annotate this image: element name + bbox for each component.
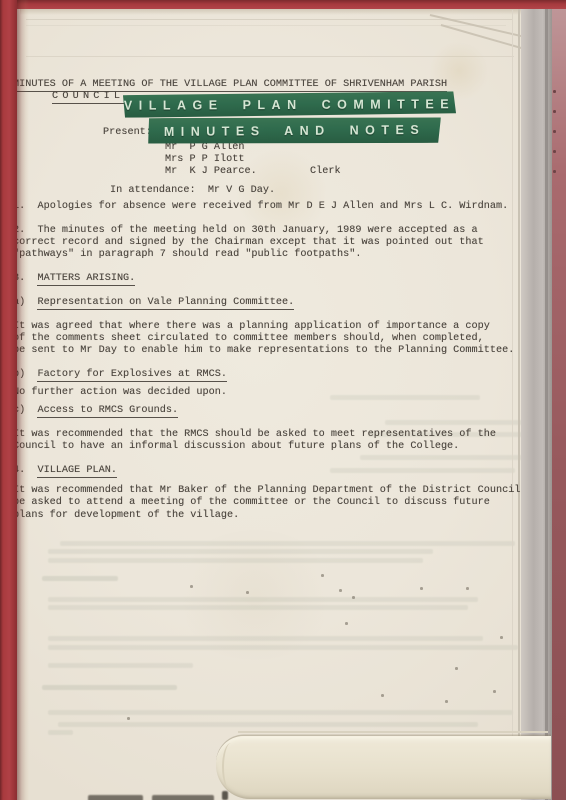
sheet-edge-line (238, 731, 548, 733)
paper-speck (493, 690, 496, 693)
ghost-text-smudge (42, 685, 177, 690)
typed-line: of the comments sheet circulated to comm… (13, 333, 553, 345)
label-tape-strip-1: VILLAGE PLAN COMMITTEE (123, 91, 456, 117)
page-title-line2-wrap: COUNCIL (52, 91, 124, 103)
tape-text-2: MINUTES AND NOTES (164, 122, 425, 138)
binder-spine (0, 0, 17, 800)
typed-line: plans for development of the village. (13, 510, 553, 522)
paper-speck (352, 596, 355, 599)
body-text: "pathways" in paragraph 7 should read "p… (13, 249, 361, 260)
typed-line: be sent to Mr Day to enable him to make … (13, 345, 553, 357)
body-text: No further action was decided upon. (13, 387, 227, 398)
ghost-text-smudge (48, 636, 483, 641)
section-heading: MATTERS ARISING. (37, 273, 135, 286)
sheet-edge-line (26, 25, 506, 26)
binder-dot (553, 90, 556, 93)
paper-speck (190, 585, 193, 588)
paper-speck (345, 622, 348, 625)
binder-right-edge (552, 0, 566, 800)
ghost-text-smudge (60, 541, 515, 546)
binder-top-edge (0, 0, 566, 9)
attendee-name: Mrs P P Ilott (165, 154, 244, 166)
ghost-text-smudge (48, 710, 513, 715)
typed-line: 4. VILLAGE PLAN. (13, 465, 553, 477)
cutoff-text-mark (152, 795, 214, 800)
ghost-text-smudge (48, 645, 518, 650)
binder-dot (553, 170, 556, 173)
page-title-line1: MINUTES OF A MEETING OF THE VILLAGE PLAN… (13, 79, 447, 92)
ghost-text-smudge (48, 605, 468, 610)
label-tape-strip-2: MINUTES AND NOTES (148, 116, 441, 145)
slip-curl-line (222, 743, 240, 791)
typed-line: c) Access to RMCS Grounds. (13, 405, 553, 417)
paper-speck (127, 717, 130, 720)
present-label: Present: (103, 127, 152, 139)
section-heading: Access to RMCS Grounds. (37, 405, 178, 418)
typed-line: correct record and signed by the Chairma… (13, 237, 553, 249)
paper-speck (455, 667, 458, 670)
paper-speck (246, 591, 249, 594)
page-title-line2: COUNCIL (52, 91, 124, 104)
paper-speck (339, 589, 342, 592)
ghost-text-smudge (48, 730, 73, 735)
body-text: plans for development of the village. (13, 510, 239, 521)
body-text: Apologies for absence were received from… (37, 201, 508, 212)
page-top-shadow (20, 9, 546, 15)
ghost-text-smudge (48, 558, 423, 563)
body-text: It was recommended that the RMCS should … (13, 429, 496, 440)
typed-line: It was agreed that where there was a pla… (13, 321, 553, 333)
binder-dot (553, 130, 556, 133)
protruding-paper-slip (216, 736, 551, 799)
page-title: MINUTES OF A MEETING OF THE VILLAGE PLAN… (13, 79, 447, 91)
typed-line: 3. MATTERS ARISING. (13, 273, 553, 285)
typed-line: No further action was decided upon. (13, 387, 553, 399)
cutoff-text-mark (88, 795, 143, 800)
body-text: The minutes of the meeting held on 30th … (37, 225, 477, 236)
section-heading: Representation on Vale Planning Committe… (37, 297, 294, 310)
sheet-edge-line (26, 19, 512, 20)
paper-speck (321, 574, 324, 577)
section-heading: Factory for Explosives at RMCS. (37, 369, 227, 382)
body-text: Council to have an informal discussion a… (13, 441, 459, 452)
body-text: correct record and signed by the Chairma… (13, 237, 484, 248)
typed-line: a) Representation on Vale Planning Commi… (13, 297, 553, 309)
body-text: be sent to Mr Day to enable him to make … (13, 345, 514, 356)
typed-line: "pathways" in paragraph 7 should read "p… (13, 249, 553, 261)
scanned-document-photo: MINUTES OF A MEETING OF THE VILLAGE PLAN… (0, 0, 566, 800)
ghost-text-smudge (48, 663, 193, 668)
body-text: It was recommended that Mr Baker of the … (13, 485, 520, 496)
typed-body: 1. Apologies for absence were received f… (13, 201, 553, 522)
typed-line: It was recommended that the RMCS should … (13, 429, 553, 441)
section-heading: VILLAGE PLAN. (37, 465, 116, 478)
paper-speck (420, 587, 423, 590)
attendee-name: Mr P G Allen (165, 142, 244, 154)
binder-dot (553, 110, 556, 113)
ghost-text-smudge (58, 722, 478, 727)
clerk-title: Clerk (310, 166, 341, 178)
attendee-name: Mr K J Pearce. (165, 166, 257, 178)
ghost-text-smudge (48, 597, 478, 602)
ghost-text-smudge (42, 576, 118, 581)
paper-speck (445, 700, 448, 703)
binder-dot (553, 150, 556, 153)
ghost-text-smudge (48, 549, 433, 554)
body-text: of the comments sheet circulated to comm… (13, 333, 484, 344)
in-attendance-line: In attendance: Mr V G Day. (110, 185, 275, 197)
tape-text-1: VILLAGE PLAN COMMITTEE (124, 97, 455, 112)
typed-line: It was recommended that Mr Baker of the … (13, 485, 553, 497)
typed-line: Council to have an informal discussion a… (13, 441, 553, 453)
typed-line: b) Factory for Explosives at RMCS. (13, 369, 553, 381)
paper-speck (500, 636, 503, 639)
paper-speck (381, 694, 384, 697)
typed-line: 2. The minutes of the meeting held on 30… (13, 225, 553, 237)
binder-spine-shadow (17, 0, 29, 800)
cutoff-text-mark (222, 791, 228, 800)
typed-line: 1. Apologies for absence were received f… (13, 201, 553, 213)
typed-line: be asked to attend a meeting of the comm… (13, 497, 553, 509)
paper-speck (466, 587, 469, 590)
body-text: be asked to attend a meeting of the comm… (13, 497, 490, 508)
body-text: It was agreed that where there was a pla… (13, 321, 490, 332)
